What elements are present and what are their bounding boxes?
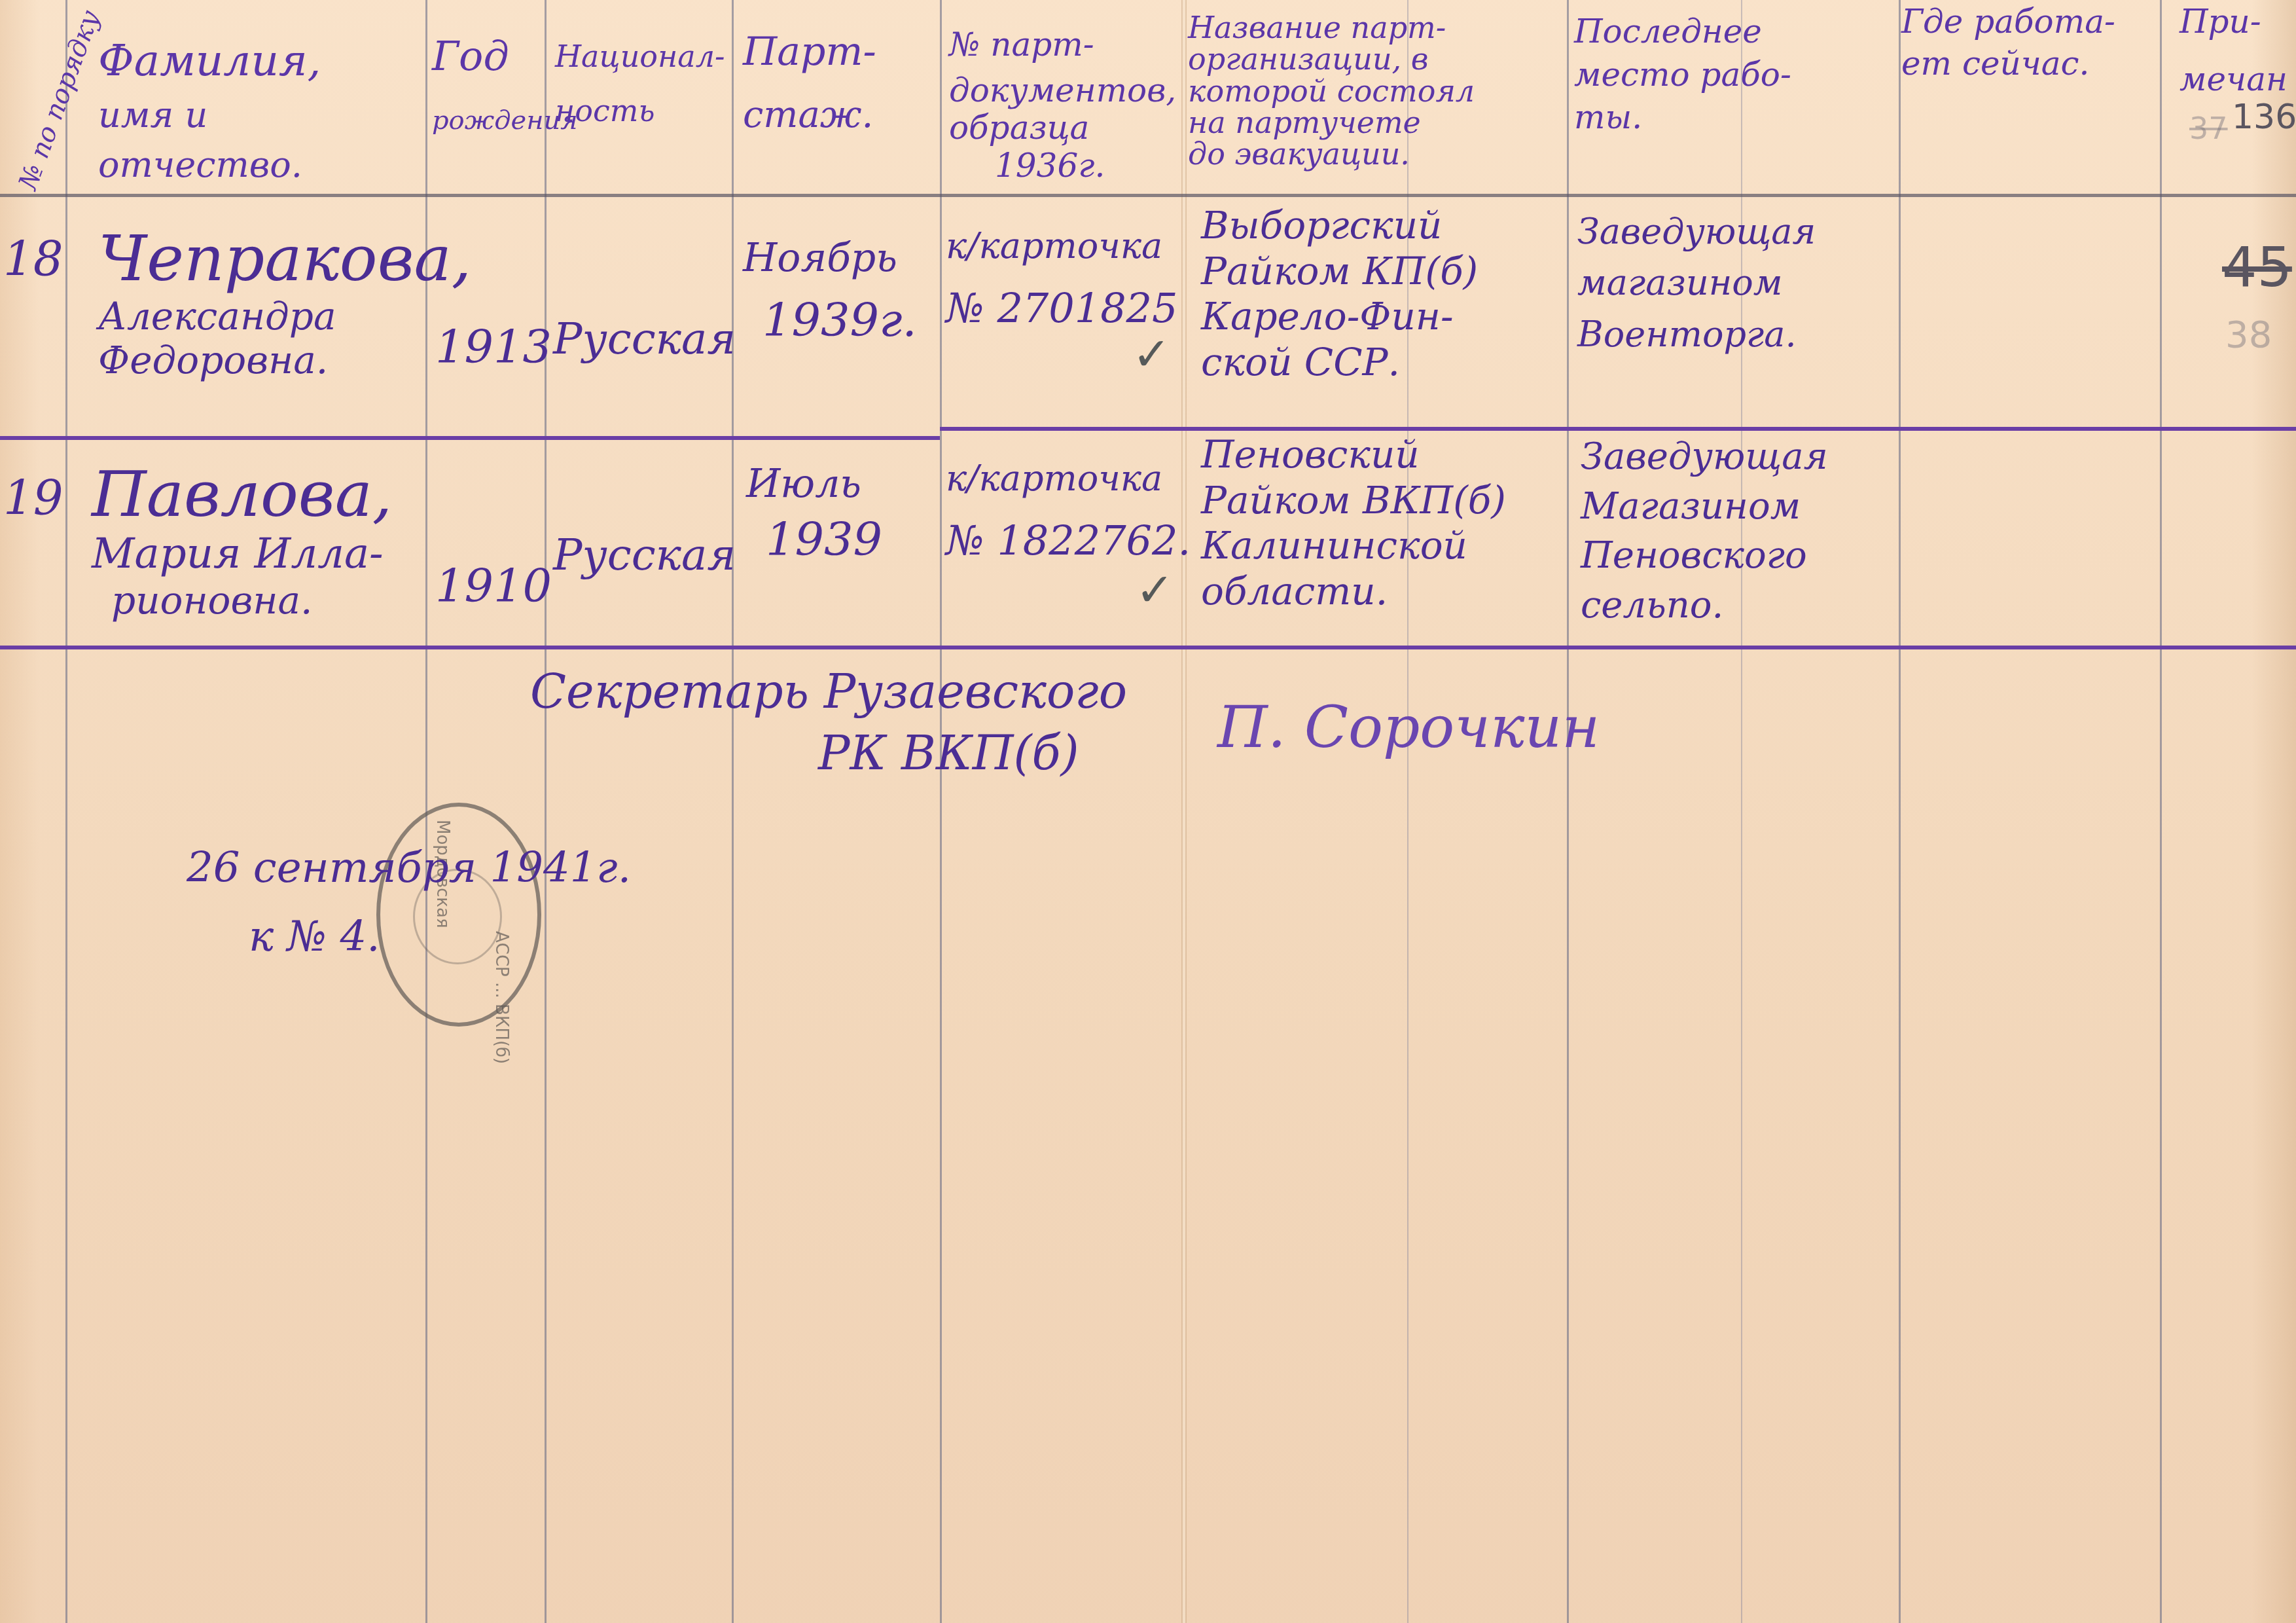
row-18-notes-faint: 38 (2225, 314, 2272, 356)
column-rule (732, 0, 734, 1623)
header-party-tenure: Парт- стаж. (743, 29, 876, 136)
register-sheet: № по порядку Фамилия, имя и отчество. Го… (0, 0, 2296, 1623)
column-rule (65, 0, 67, 1623)
row-18-last-job: Заведующая магазином Военторга. (1577, 206, 1816, 360)
header-nationality: Национал- ность (555, 39, 725, 128)
paper-fold (1181, 0, 1187, 1623)
row-19-birth-year: 1910 (435, 560, 552, 613)
row-19-last-job: Заведующая Магазином Пеновского сельпо. (1581, 432, 1828, 630)
checkmark-icon: ✓ (1136, 563, 1174, 617)
row-19-num: 19 (3, 471, 63, 526)
column-rule (545, 0, 547, 1623)
page-number-struck: 37 (2189, 111, 2228, 146)
header-party-org: Название парт- организации, в которой со… (1188, 12, 1475, 170)
row-19-party-org: Пеновский Райком ВКП(б) Калининской обла… (1201, 432, 1506, 614)
header-party-doc: № парт- документов, образца 1936г. (949, 26, 1176, 185)
row-18-num: 18 (3, 232, 63, 287)
secretary-title: Секретарь Рузаевского РК ВКП(б) (530, 661, 1127, 784)
header-notes: При- мечан (2179, 3, 2287, 98)
row-18-notes: 45 (2222, 236, 2292, 299)
document-date: 26 сентября 1941г. (187, 845, 631, 893)
header-current-job: Где работа- ет сейчас. (1901, 3, 2115, 82)
header-rule (0, 194, 2296, 197)
row-divider (0, 646, 2296, 649)
column-rule (1899, 0, 1901, 1623)
row-18-party-doc: к/карточка № 2701825 (946, 226, 1178, 331)
row-19-name: Павлова, Мария Илла- рионовна. (92, 458, 392, 623)
row-18-party-tenure: Ноябрь 1939г. (743, 236, 917, 347)
checkmark-icon: ✓ (1132, 327, 1171, 381)
column-rule (940, 0, 942, 1623)
row-18-party-org: Выборгский Райком КП(б) Карело-Фин- ской… (1201, 203, 1478, 385)
header-last-job: Последнее место рабо- ты. (1574, 13, 1791, 137)
row-19-party-tenure: Июль 1939 (746, 462, 882, 566)
header-num: № по порядку (13, 7, 106, 194)
header-name: Фамилия, имя и отчество. (98, 36, 321, 185)
row-18-birth-year: 1913 (435, 321, 552, 374)
page-number: 136 (2232, 98, 2296, 137)
row-19-party-doc: к/карточка № 1822762. (946, 458, 1191, 564)
column-rule (1567, 0, 1569, 1623)
signature: П. Сорочкин (1198, 668, 1512, 812)
row-divider (0, 436, 940, 440)
row-18-nationality: Русская (553, 314, 736, 364)
row-18-name: Чепракова, Александра Федоровна. (98, 223, 471, 382)
column-rule (2160, 0, 2162, 1623)
document-reference: к № 4. (249, 913, 380, 962)
row-19-nationality: Русская (553, 530, 736, 580)
official-stamp: Мордовская АССР ... ВКП(б) (376, 803, 541, 1027)
row-divider (940, 427, 2296, 431)
